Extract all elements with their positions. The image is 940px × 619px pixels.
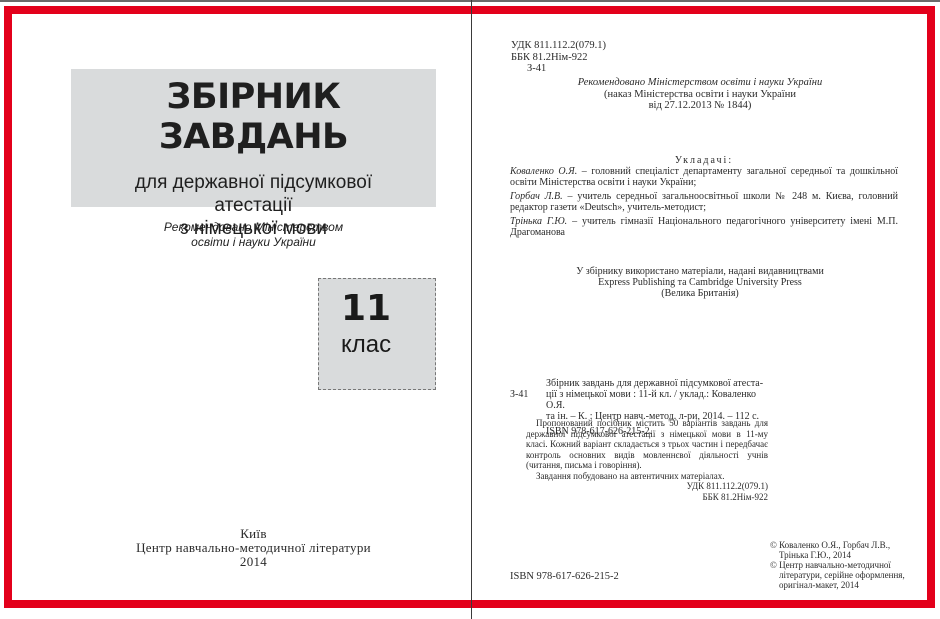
materials-credit: У збірнику використано матеріали, надані… [520, 266, 880, 299]
title-box: ЗБІРНИК ЗАВДАНЬ для державної підсумково… [71, 69, 436, 207]
book-title: ЗБІРНИК ЗАВДАНЬ [71, 77, 436, 157]
annotation: Пропонований посібник містить 50 варіант… [526, 418, 768, 502]
ministry-recommendation: Рекомендовано Міністерством освіти і нау… [71, 220, 436, 250]
compilers-heading: Укладачі: [510, 155, 898, 166]
top-edge-line [0, 0, 940, 2]
compiler-entry: Коваленко О.Я. – головний спеціаліст деп… [510, 166, 898, 188]
book-spine-divider [471, 0, 472, 619]
publisher-imprint: Київ Центр навчально-методичної літерату… [71, 527, 436, 569]
grade-number: 11 [341, 289, 391, 329]
compiler-entry: Трінька Г.Ю. – учитель гімназії Націонал… [510, 216, 898, 238]
bbk-code: ББК 81.2Нім-922 [511, 52, 606, 64]
udk-code: УДК 811.112.2(079.1) [511, 40, 606, 52]
copyright-notice: © Коваленко О.Я., Горбач Л.В., Трінька Г… [770, 540, 920, 590]
grade-box: 11 клас [318, 278, 436, 390]
grade-label: клас [341, 331, 391, 359]
imprint-year: 2014 [71, 555, 436, 569]
author-sign: З-41 [511, 63, 606, 75]
imprint-publisher: Центр навчально-методичної літератури [71, 541, 436, 555]
imprint-city: Київ [71, 527, 436, 541]
compiler-entry: Горбач Л.В. – учитель середньої загально… [510, 191, 898, 213]
approval-block: Рекомендовано Міністерством освіти і нау… [500, 77, 900, 112]
compilers-block: Укладачі: Коваленко О.Я. – головний спец… [510, 155, 898, 241]
classification-codes: УДК 811.112.2(079.1) ББК 81.2Нім-922 З-4… [511, 40, 606, 75]
catalog-code: З-41 [510, 389, 528, 400]
isbn: ISBN 978-617-626-215-2 [510, 571, 619, 582]
